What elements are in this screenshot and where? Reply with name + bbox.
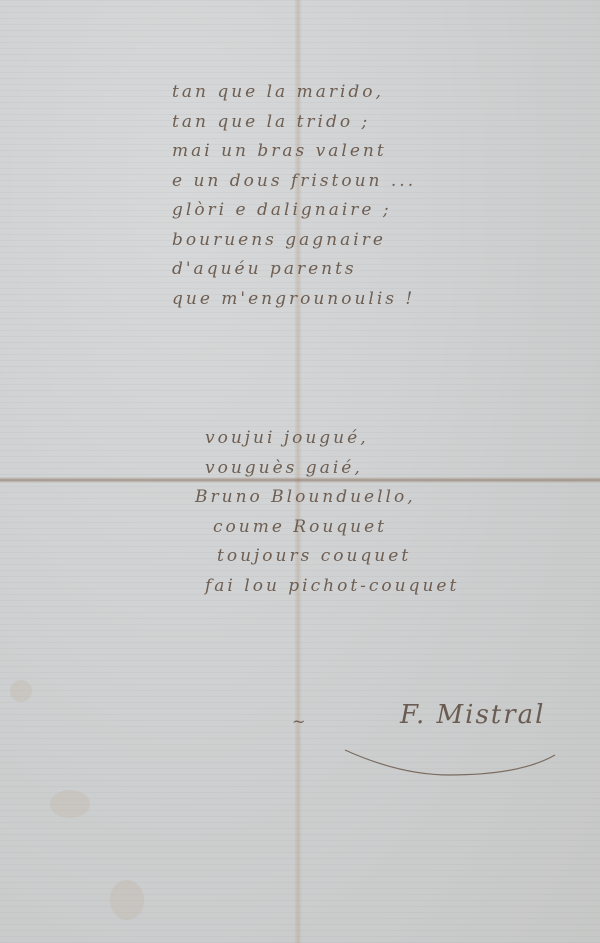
poem-line: mai un bras valent xyxy=(172,137,416,167)
signature: F. Mistral xyxy=(400,700,546,730)
poem-line: bouruens gagnaire xyxy=(172,226,416,256)
signature-flourish xyxy=(340,745,570,785)
poem-line: tan que la trido ; xyxy=(172,108,416,138)
poem-line: coume Rouquet xyxy=(213,513,459,543)
paper-stain xyxy=(10,680,32,702)
paper-stain xyxy=(110,880,144,920)
paper-stain xyxy=(50,790,90,818)
poem-line: Bruno Blounduello, xyxy=(195,483,459,513)
poem-line: tan que la marido, xyxy=(172,78,416,108)
poem-line: toujours couquet xyxy=(217,542,459,572)
poem-line: d'aquéu parents xyxy=(172,255,416,285)
poem-line: e un dous fristoun ... xyxy=(172,167,416,197)
poem-line: que m'engrounoulis ! xyxy=(172,285,416,315)
poem-line: glòri e dalignaire ; xyxy=(172,196,416,226)
separator-dash: ~ xyxy=(292,712,305,731)
poem-stanza-1: tan que la marido, tan que la trido ; ma… xyxy=(172,78,416,314)
letter-sheet: tan que la marido, tan que la trido ; ma… xyxy=(0,0,600,943)
poem-line: voujui jougué, xyxy=(205,424,459,454)
poem-stanza-2: voujui jougué, vouguès gaié, Bruno Bloun… xyxy=(205,424,459,601)
poem-line: vouguès gaié, xyxy=(205,454,459,484)
poem-line: fai lou pichot-couquet xyxy=(205,572,459,602)
